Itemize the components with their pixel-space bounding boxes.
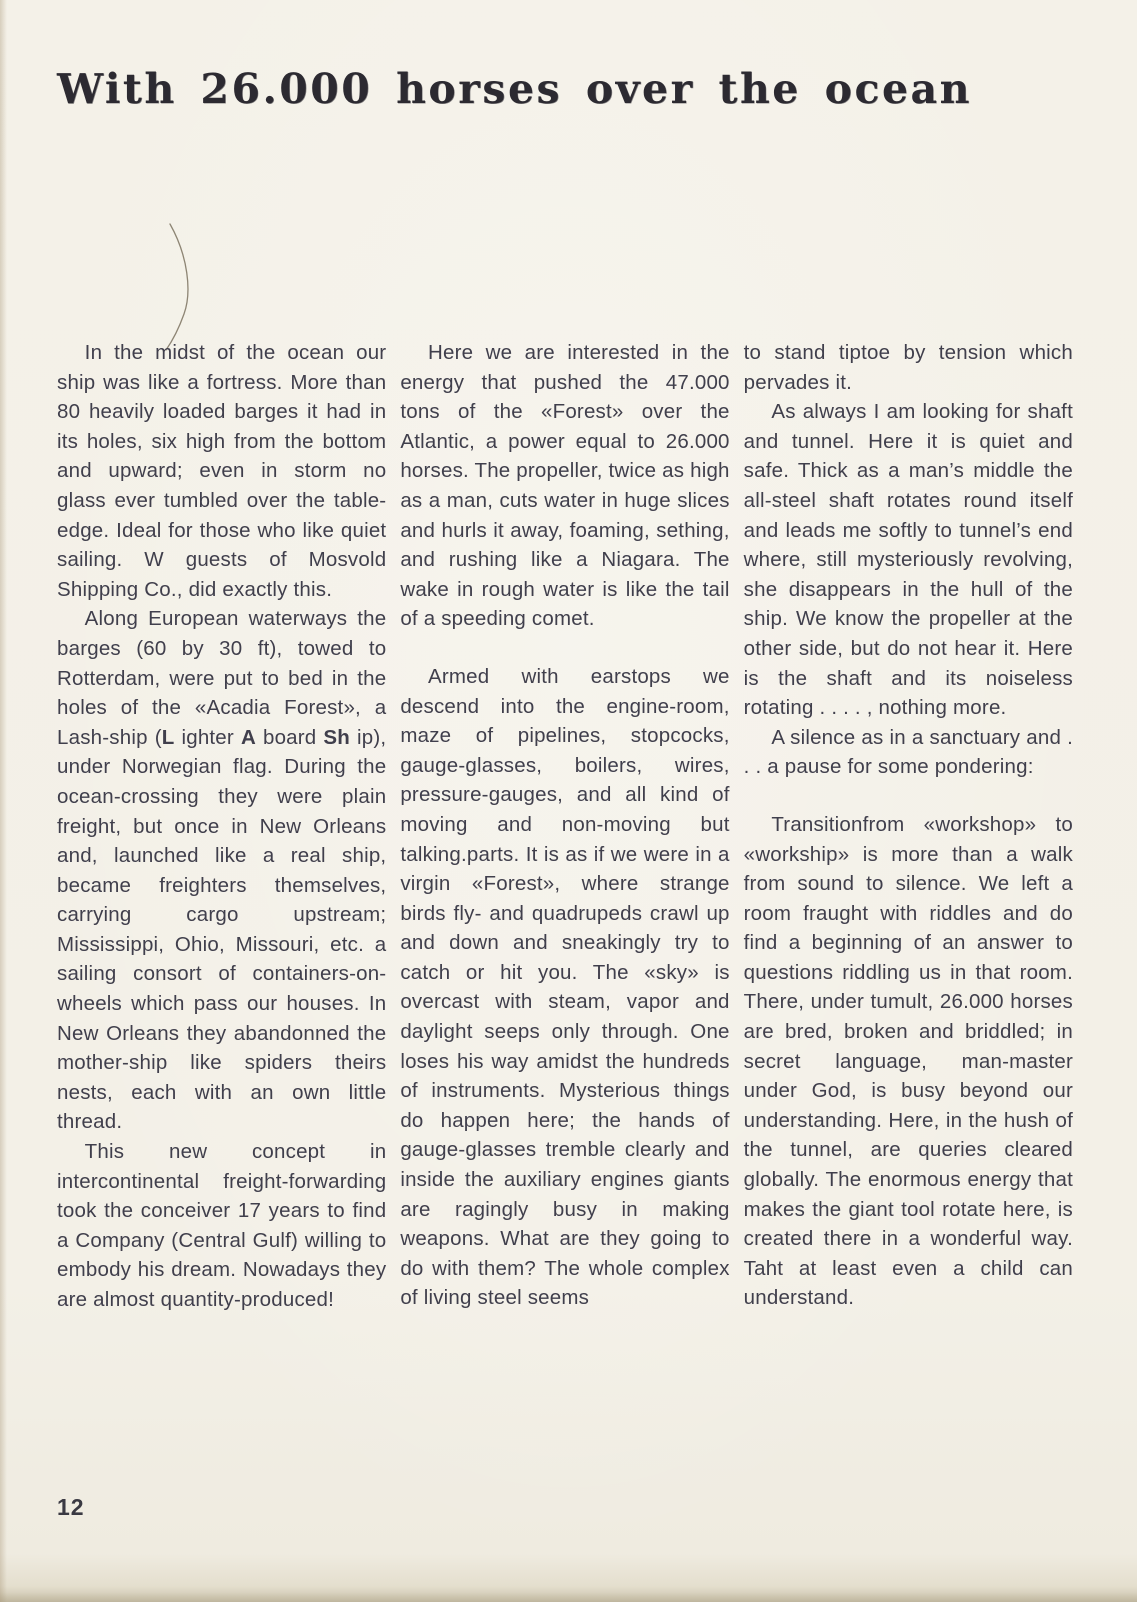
scanned-magazine-page: With 26.000 horses over the ocean In the… [0,0,1137,1602]
paragraph: to stand tiptoe by tension which pervade… [744,338,1073,397]
text-column-3: to stand tiptoe by tension which pervade… [744,338,1073,1315]
text-segment: A silence as in a sanctuary and . . . a … [744,726,1073,779]
article-body: In the midst of the ocean our ship was l… [57,338,1073,1315]
text-segment: ip), under Norwegian flag. During the oc… [57,726,386,1134]
text-segment: As always I am looking for shaft and tun… [744,400,1073,719]
text-segment: Armed with earstops we descend into the … [400,665,729,1309]
bold-text-segment: L [162,726,175,749]
article-title: With 26.000 horses over the ocean [57,65,1077,113]
paragraph: A silence as in a sanctuary and . . . a … [744,723,1073,782]
text-segment: This new concept in intercontinental fre… [57,1140,386,1311]
text-segment: In the midst of the ocean our ship was l… [57,341,386,601]
bold-text-segment: A [241,726,256,749]
text-column-1: In the midst of the ocean our ship was l… [57,338,386,1315]
text-column-2: Here we are interested in the energy tha… [400,338,729,1315]
text-segment: to stand tiptoe by tension which pervade… [744,341,1073,394]
paragraph: Here we are interested in the energy tha… [400,338,729,634]
paragraph: Armed with earstops we descend into the … [400,662,729,1313]
page-number: 12 [57,1494,85,1521]
paragraph: This new concept in intercontinental fre… [57,1137,386,1315]
text-segment: board [256,726,323,749]
page-left-edge-shadow [0,0,7,1602]
text-segment: ighter [174,726,241,749]
paragraph: Along European waterways the barges (60 … [57,604,386,1137]
paragraph: Transitionfrom «workshop» to «workship» … [744,810,1073,1313]
bold-text-segment: Sh [323,726,350,749]
text-segment: Here we are interested in the energy tha… [400,341,729,630]
scan-crease-mark [158,218,202,354]
paragraph: In the midst of the ocean our ship was l… [57,338,386,604]
text-segment: Transitionfrom «workshop» to «workship» … [744,813,1073,1310]
page-bottom-edge-shadow [0,1586,1137,1602]
paragraph: As always I am looking for shaft and tun… [744,397,1073,723]
